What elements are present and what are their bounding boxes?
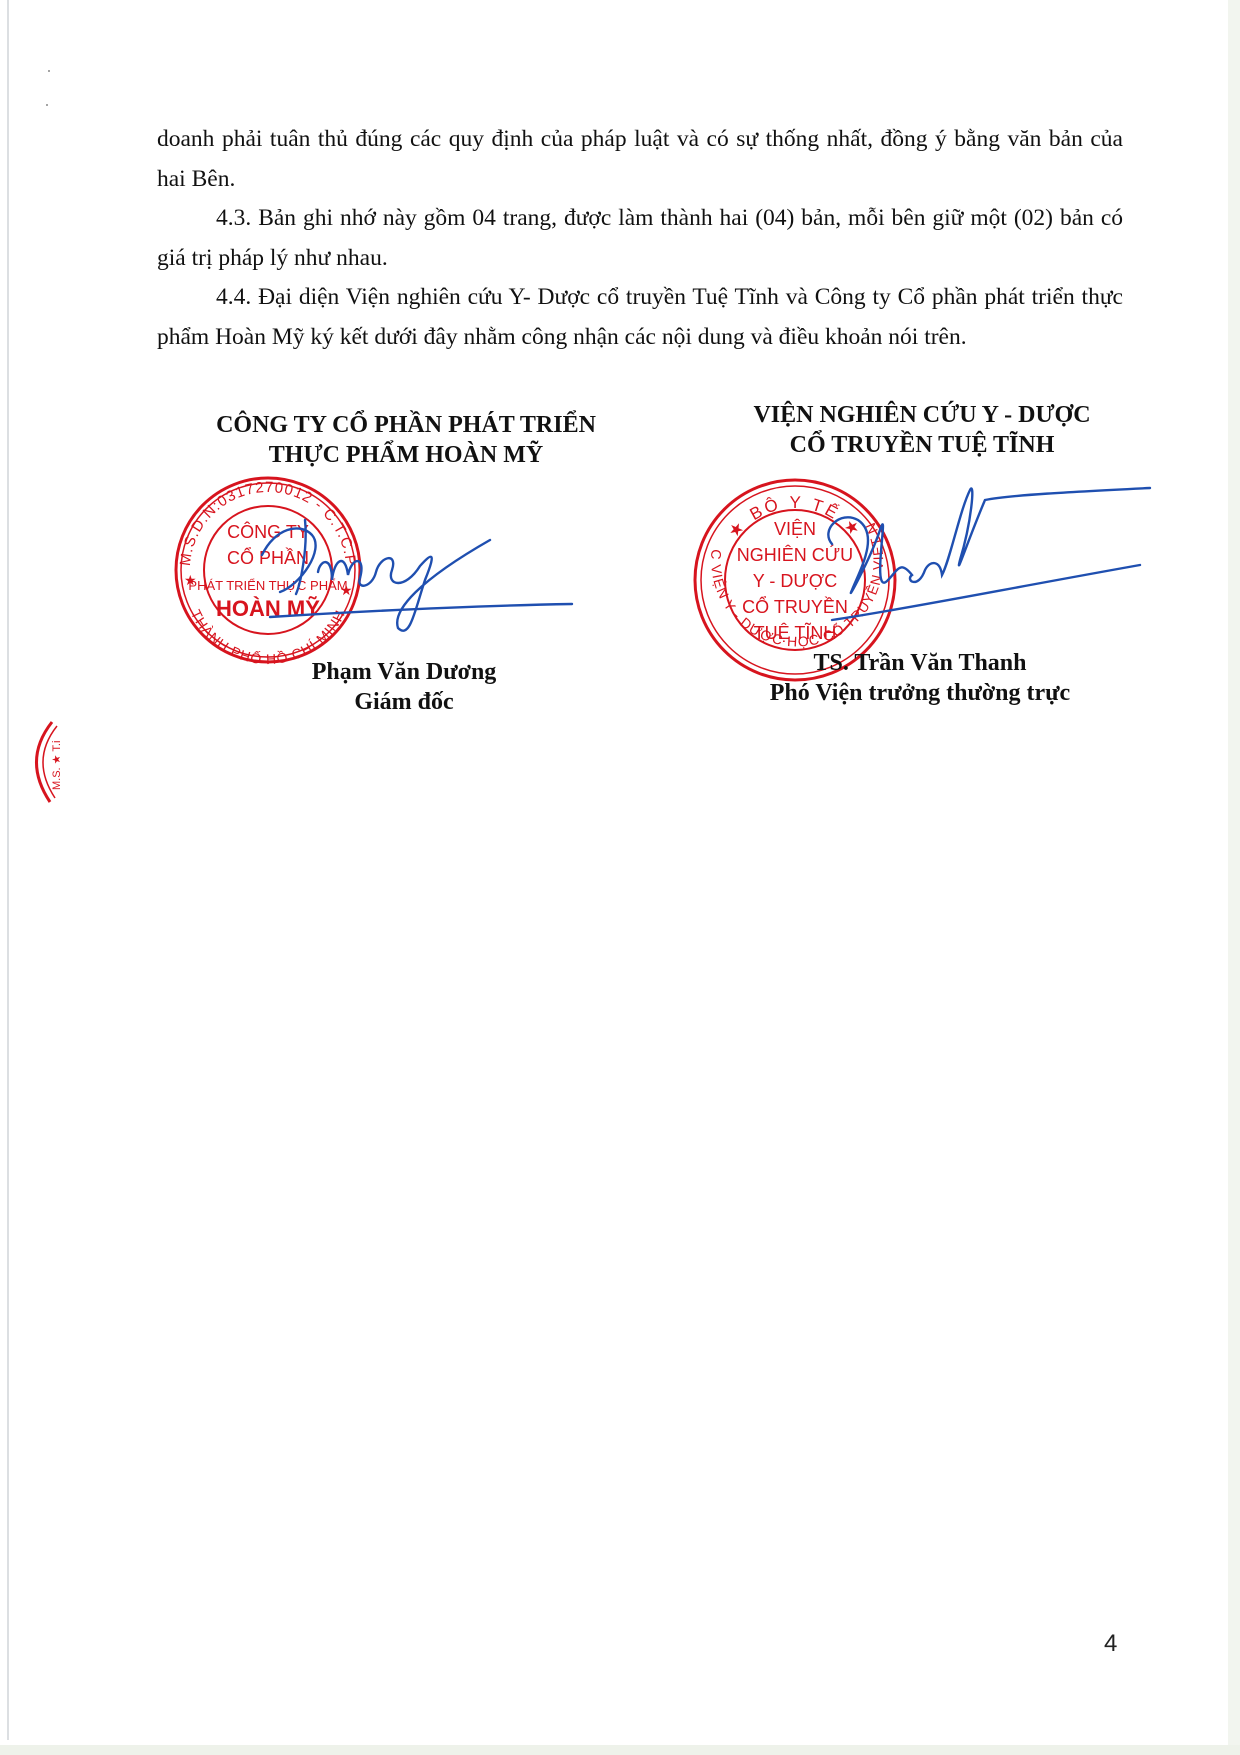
svg-text:CÔNG TY: CÔNG TY [227,521,309,542]
svg-text:CỔ TRUYỀN: CỔ TRUYỀN [742,596,848,617]
company-stamp: M.S.D.N:0317270012 - C.T.C.P THÀNH PHỐ H… [176,478,360,667]
svg-text:PHÁT TRIỂN THỰC PHẨM: PHÁT TRIỂN THỰC PHẨM [188,578,347,593]
company-heading: CÔNG TY CỔ PHẦN PHÁT TRIỂN THỰC PHẨM HOÀ… [160,410,652,470]
signatory-title: Giám đốc [260,687,548,717]
scan-edge-bottom [0,1745,1240,1755]
stamp-center-text: VIỆNNGHIÊN CỨUY - DƯỢCCỔ TRUYỀNTUỆ TĨNH [737,519,853,643]
scan-speck [46,104,48,106]
svg-text:VIỆN: VIỆN [774,519,816,539]
institute-heading: VIỆN NGHIÊN CỨU Y - DƯỢC CỔ TRUYỀN TUỆ T… [680,400,1164,460]
company-name-line1: CÔNG TY CỔ PHẦN PHÁT TRIỂN [160,410,652,440]
edge-seal-text: M.S. ★ T.i [51,741,63,790]
company-name-line2: THỰC PHẨM HOÀN MỸ [160,440,652,470]
signature-left [262,520,572,631]
institute-name-line1: VIỆN NGHIÊN CỨU Y - DƯỢC [680,400,1164,430]
edge-seal: M.S. ★ T.i [36,722,63,802]
institute-name-line2: CỔ TRUYỀN TUỆ TĨNH [680,430,1164,460]
scan-edge-left [7,0,9,1740]
company-signatory: Phạm Văn Dương Giám đốc [260,657,548,717]
signature-right [828,488,1150,620]
signatory-name: Phạm Văn Dương [260,657,548,687]
stamp-center-text: CÔNG TYCỔ PHẦNPHÁT TRIỂN THỰC PHẨMHOÀN M… [188,521,347,621]
stamp-ring-top-text: ★ BỘ Y TẾ ★ [724,493,866,542]
scan-speck [48,70,50,72]
scan-edge-right [1228,0,1240,1755]
paragraph-4-4: 4.4. Đại diện Viện nghiên cứu Y- Dược cổ… [157,278,1123,357]
svg-text:NGHIÊN CỨU: NGHIÊN CỨU [737,544,853,565]
svg-text:Y - DƯỢC: Y - DƯỢC [753,571,837,591]
stamp-ring-top-text: M.S.D.N:0317270012 - C.T.C.P [177,479,359,567]
star-icon: ★ [340,582,353,598]
svg-text:HOÀN MỸ: HOÀN MỸ [216,596,320,621]
signatory-title: Phó Viện trưởng thường trực [720,678,1120,708]
star-icon: ★ [184,572,197,588]
page-number: 4 [1104,1630,1117,1658]
paragraph-4-3: 4.3. Bản ghi nhớ này gồm 04 trang, được … [157,199,1123,278]
svg-text:TUỆ TĨNH: TUỆ TĨNH [754,622,837,643]
svg-text:CỔ PHẦN: CỔ PHẦN [227,547,309,568]
signatory-name: TS. Trần Văn Thanh [720,648,1120,678]
institute-signatory: TS. Trần Văn Thanh Phó Viện trưởng thườn… [720,648,1120,708]
document-body: doanh phải tuân thủ đúng các quy định củ… [157,120,1123,357]
paragraph-continuation: doanh phải tuân thủ đúng các quy định củ… [157,120,1123,199]
